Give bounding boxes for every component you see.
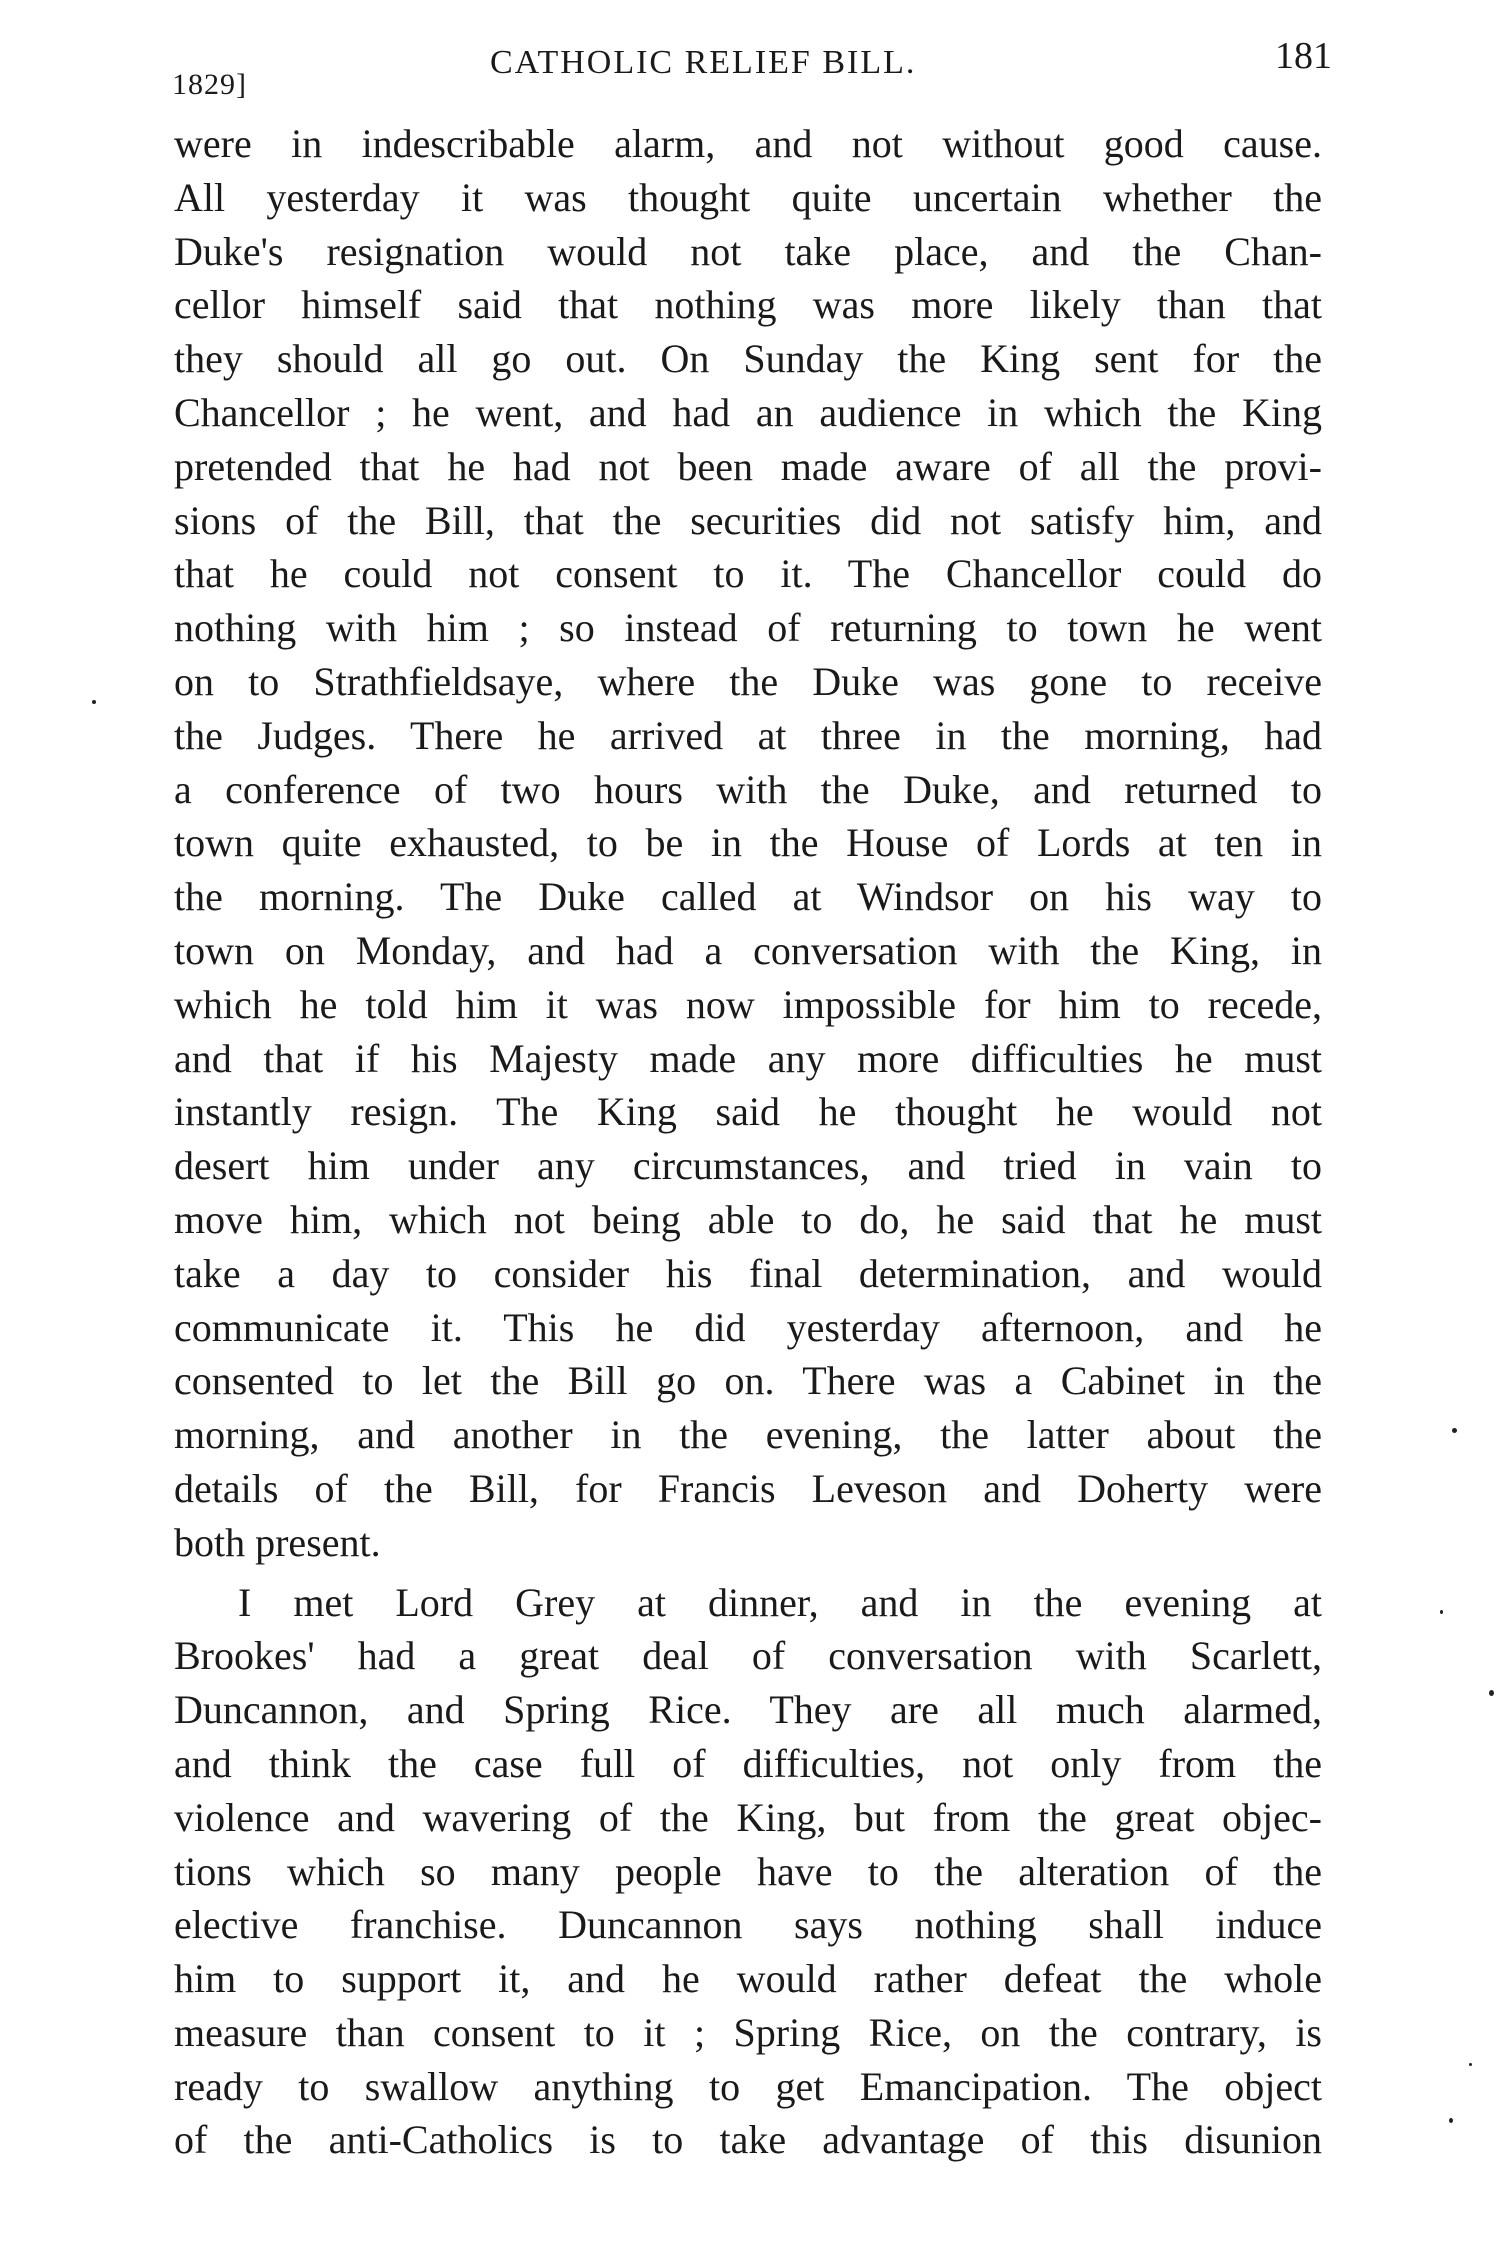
text-line: on to Strathfieldsaye, where the Duke wa… [174,655,1322,709]
text-line: take a day to consider his final determi… [174,1247,1322,1301]
text-line: and think the case full of difficulties,… [174,1737,1322,1791]
text-line: morning, and another in the evening, the… [174,1408,1322,1462]
text-line: pretended that he had not been made awar… [174,440,1322,494]
paragraph-1: were in indescribable alarm, and not wit… [174,117,1322,1570]
scan-speck [1452,1428,1457,1433]
paragraph-2: I met Lord Grey at dinner, and in the ev… [174,1576,1322,2168]
text-line: measure than consent to it ; Spring Rice… [174,2006,1322,2060]
text-line: the Judges. There he arrived at three in… [174,709,1322,763]
text-line: consented to let the Bill go on. There w… [174,1354,1322,1408]
text-line: and that if his Majesty made any more di… [174,1032,1322,1086]
text-line: desert him under any circumstances, and … [174,1139,1322,1193]
scan-speck [1489,1690,1494,1696]
text-line: move him, which not being able to do, he… [174,1193,1322,1247]
text-line: ready to swallow anything to get Emancip… [174,2060,1322,2114]
text-line: a conference of two hours with the Duke,… [174,763,1322,817]
running-head: 1829] CATHOLIC RELIEF BILL. 181 [172,30,1332,110]
text-line: him to support it, and he would rather d… [174,1952,1322,2006]
text-line: nothing with him ; so instead of returni… [174,601,1322,655]
text-line: All yesterday it was thought quite uncer… [174,171,1322,225]
scan-speck [92,700,96,704]
text-line: tions which so many people have to the a… [174,1845,1322,1899]
text-line: instantly resign. The King said he thoug… [174,1085,1322,1139]
text-line: I met Lord Grey at dinner, and in the ev… [174,1576,1322,1630]
text-line: Duncannon, and Spring Rice. They are all… [174,1683,1322,1737]
text-line: Chancellor ; he went, and had an audienc… [174,386,1322,440]
text-line: sions of the Bill, that the securities d… [174,494,1322,548]
text-line: which he told him it was now impossible … [174,978,1322,1032]
text-line: were in indescribable alarm, and not wit… [174,117,1322,171]
text-line: Brookes' had a great deal of conversatio… [174,1629,1322,1683]
text-line: cellor himself said that nothing was mor… [174,278,1322,332]
text-line: details of the Bill, for Francis Leveson… [174,1462,1322,1516]
text-line: elective franchise. Duncannon says nothi… [174,1898,1322,1952]
page-number: 181 [1275,34,1332,78]
scan-speck [1449,2118,1453,2123]
book-page: 1829] CATHOLIC RELIEF BILL. 181 were in … [0,0,1511,2250]
scan-speck [1440,1610,1443,1614]
scan-speck [1469,2063,1472,2066]
running-head-title: CATHOLIC RELIEF BILL. [490,44,916,82]
text-line: violence and wavering of the King, but f… [174,1791,1322,1845]
text-line: town quite exhausted, to be in the House… [174,816,1322,870]
text-line: Duke's resignation would not take place,… [174,225,1322,279]
running-head-year: 1829] [172,68,247,102]
text-line: that he could not consent to it. The Cha… [174,547,1322,601]
text-line: town on Monday, and had a conversation w… [174,924,1322,978]
text-line: they should all go out. On Sunday the Ki… [174,332,1322,386]
text-line: both present. [174,1516,1322,1570]
text-line: of the anti-Catholics is to take advanta… [174,2113,1322,2167]
text-line: the morning. The Duke called at Windsor … [174,870,1322,924]
text-line: communicate it. This he did yesterday af… [174,1301,1322,1355]
body-text: were in indescribable alarm, and not wit… [174,117,1322,2167]
